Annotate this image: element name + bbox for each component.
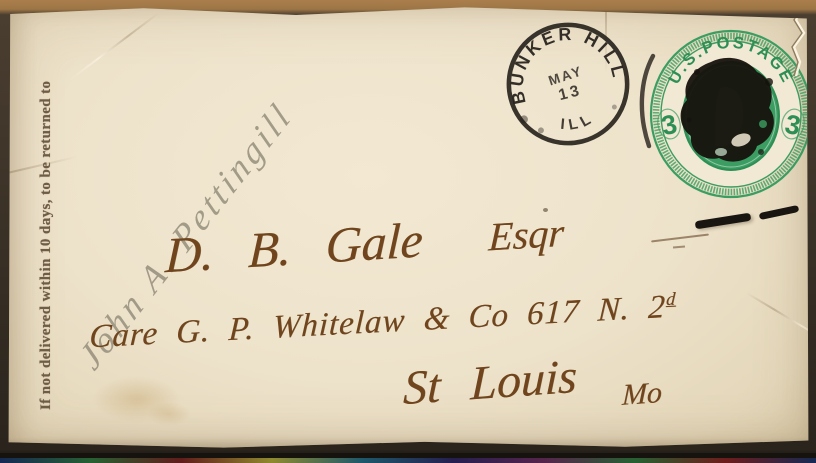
paper-crease — [68, 12, 159, 81]
scanned-envelope-photo: If not delivered within 10 days, to be r… — [0, 0, 816, 463]
cancel-speck — [758, 149, 764, 155]
cancel-speck — [765, 78, 773, 86]
cancel-gap — [759, 120, 767, 128]
scan-artifact-strip — [0, 458, 816, 463]
bottom-fold-shadow — [7, 437, 810, 453]
ink-smudge-hairline — [673, 245, 685, 248]
ink-smudge — [759, 205, 800, 220]
cancel-speck — [687, 118, 692, 123]
care-of-text: Care G. P. Whitelaw & Co 617 N. 2 — [88, 289, 666, 355]
ink-smudge-hairline — [651, 233, 709, 242]
postmark-state-arc: ILL — [556, 108, 599, 137]
ink-smudge — [695, 213, 752, 230]
state-text: Mo — [621, 376, 662, 412]
paper-stain — [93, 376, 181, 422]
cancel-gap — [715, 148, 727, 156]
postmark-smudge — [611, 104, 617, 110]
address-line-city: St LouisMo — [402, 343, 663, 416]
postmark-circular-datestamp: BUNKER HILL ILL MAY 13 — [499, 15, 637, 153]
city-text: St Louis — [402, 350, 577, 415]
address-line-care-of: Care G. P. Whitelaw & Co 617 N. 2d — [88, 289, 676, 357]
paper-stain — [147, 402, 191, 426]
paper-crease — [746, 292, 816, 343]
cancel-speck — [694, 69, 700, 75]
envelope: If not delivered within 10 days, to be r… — [7, 6, 810, 453]
recipient-honorific: Esqr — [488, 210, 565, 260]
return-notice-text: If not delivered within 10 days, to be r… — [38, 48, 55, 410]
street-ordinal-superscript: d — [666, 289, 677, 310]
paper-tear-crack — [779, 6, 816, 80]
